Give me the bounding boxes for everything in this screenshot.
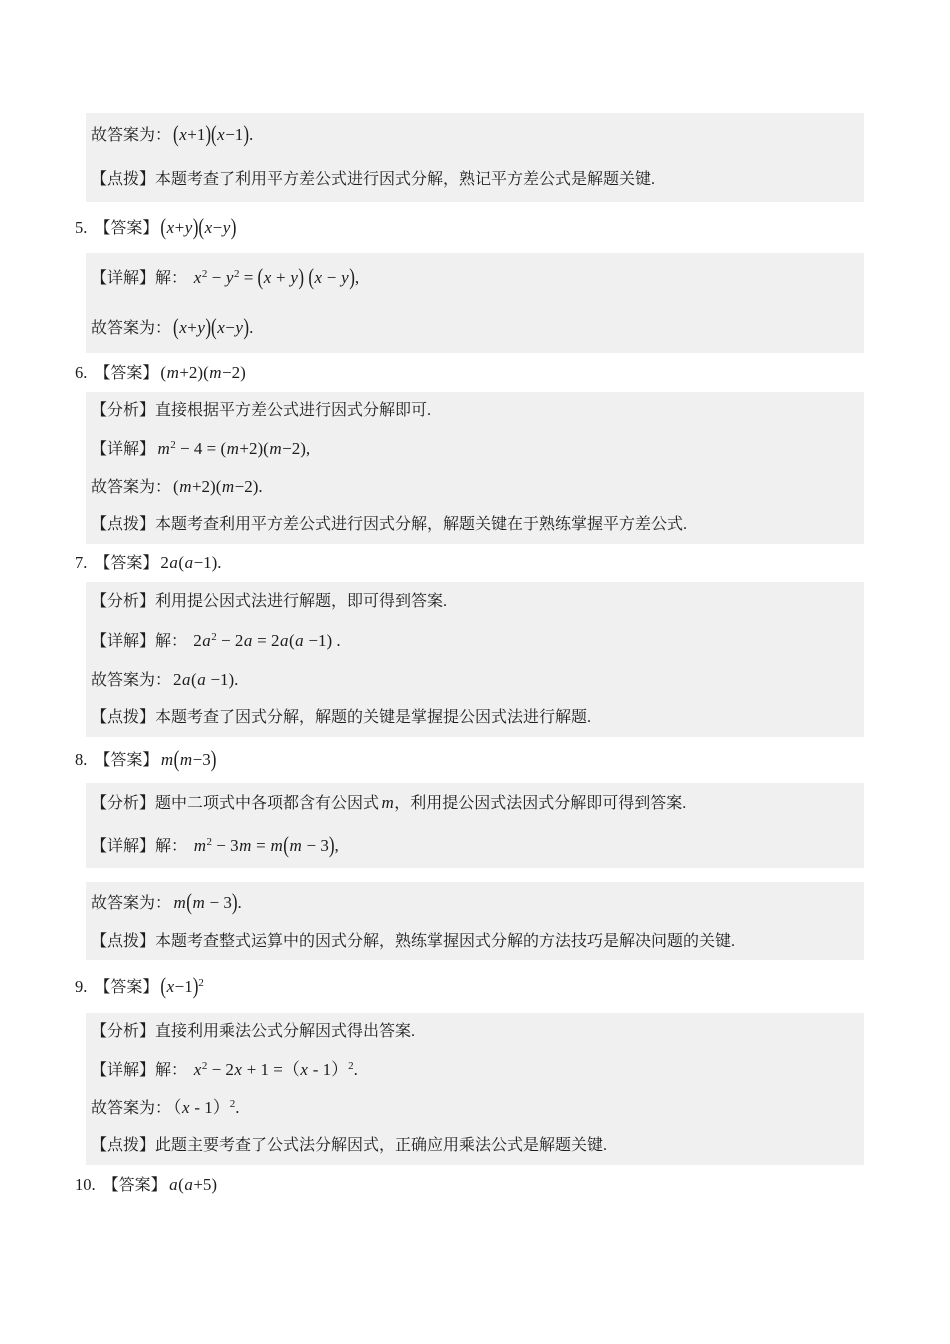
math-run: (m+2)(m−2). [173, 477, 263, 496]
text-run: 【详解】解： [91, 838, 187, 855]
document-content: 故答案为：(x+1)(x−1).【点拨】本题考查了利用平方差公式进行因式分解，熟… [0, 0, 950, 1205]
tall-paren: ) [243, 104, 249, 165]
text-run: 【答案】 [94, 752, 158, 769]
text-run: 【点拨】本题考查整式运算中的因式分解，熟练掌握因式分解的方法技巧是解决问题的关键… [91, 933, 735, 950]
question-number: 5. [75, 218, 87, 237]
question-number: 6. [75, 363, 87, 382]
tall-paren: ) [211, 728, 217, 791]
paragraph-q9-analysis: 【分析】直接利用乘法公式分解因式得出答案. [86, 1013, 864, 1051]
math-run: m(m−3) [160, 750, 216, 769]
text-run: 【分析】利用提公因式法进行解题，即可得到答案. [91, 593, 447, 610]
tall-paren: ) [298, 243, 304, 312]
text-run: ，利用提公因式法因式分解即可得到答案. [394, 795, 686, 812]
paragraph-q7-tip: 【点拨】本题考查了因式分解，解题的关键是掌握提公因式法进行解题. [86, 699, 864, 737]
tall-paren: ( [211, 293, 217, 362]
tall-paren: ( [160, 950, 166, 1023]
text-run: 【分析】直接利用乘法公式分解因式得出答案. [91, 1023, 415, 1040]
tall-paren: ( [174, 728, 180, 791]
tall-paren: ) [232, 874, 238, 932]
text-run: 【答案】 [94, 555, 158, 572]
question-number: 8. [75, 750, 87, 769]
tall-paren: ) [231, 192, 237, 262]
math-run: 2a(a −1). [173, 670, 238, 689]
text-run: 【答案】 [94, 220, 158, 237]
math-run: (x−1)2 [160, 977, 203, 996]
math-run: (x+y)(x−y) [160, 218, 236, 237]
tall-paren: ( [308, 243, 314, 312]
text-run: 故答案为： [91, 127, 171, 144]
paragraph-q10-answer: 10.【答案】a(a+5) [75, 1165, 864, 1205]
math-run: 2a2 − 2a = 2a(a −1) . [189, 631, 341, 650]
math-run: （x - 1）2. [173, 1098, 239, 1117]
question-number: 10. [75, 1175, 96, 1194]
math-run: x2 − 2x + 1 =（x - 1）2. [189, 1060, 358, 1079]
text-run: 【点拨】本题考查了利用平方差公式进行因式分解，熟记平方差公式是解题关键. [91, 171, 655, 188]
paragraph-q9-conclusion: 故答案为：（x - 1）2. [86, 1089, 864, 1127]
math-run: m [381, 793, 394, 812]
text-run: 【答案】 [94, 979, 158, 996]
text-run: 故答案为： [91, 479, 171, 496]
tall-paren: ( [283, 814, 289, 876]
paragraph-q6-conclusion: 故答案为：(m+2)(m−2). [86, 468, 864, 506]
text-run: 【分析】直接根据平方差公式进行因式分解即可. [91, 402, 431, 419]
math-run: (m+2)(m−2) [160, 363, 245, 382]
paragraph-q6-tip: 【点拨】本题考查利用平方差公式进行因式分解，解题关键在于熟练掌握平方差公式. [86, 506, 864, 544]
math-run: x2 − y2 = (x + y) (x − y), [189, 268, 359, 287]
paragraph-q5-answer: 5.【答案】(x+y)(x−y) [75, 202, 864, 253]
text-run: 【详解】解： [91, 1062, 187, 1079]
text-run: 【详解】解： [91, 270, 187, 287]
tall-paren: ( [186, 874, 192, 932]
paragraph-q7-conclusion: 故答案为：2a(a −1). [86, 660, 864, 699]
tall-paren: ) [243, 293, 249, 362]
question-number: 9. [75, 977, 87, 996]
tall-paren: ( [173, 293, 179, 362]
math-run: m(m − 3). [173, 893, 242, 912]
text-run: 【点拨】此题主要考查了公式法分解因式，正确应用乘法公式是解题关键. [91, 1137, 607, 1154]
paragraph-q8-tip: 【点拨】本题考查整式运算中的因式分解，熟练掌握因式分解的方法技巧是解决问题的关键… [86, 924, 864, 960]
text-run: 【点拨】本题考查利用平方差公式进行因式分解，解题关键在于熟练掌握平方差公式. [91, 516, 687, 533]
paragraph-q9-tip: 【点拨】此题主要考查了公式法分解因式，正确应用乘法公式是解题关键. [86, 1127, 864, 1165]
paragraph-q5-conclusion: 故答案为：(x+y)(x−y). [86, 303, 864, 353]
math-run: a(a+5) [169, 1175, 217, 1194]
tall-paren: ( [198, 192, 204, 262]
tall-paren: ( [258, 243, 264, 312]
text-run: 故答案为： [91, 895, 171, 912]
math-run: (x+1)(x−1). [173, 125, 253, 144]
paragraph-q8-detail: 【详解】解： m2 − 3m = m(m − 3), [86, 823, 864, 868]
text-run: 故答案为： [91, 1100, 171, 1117]
paragraph-q8-answer: 8.【答案】m(m−3) [75, 737, 864, 783]
tall-paren: ( [211, 104, 217, 165]
text-run: 【详解】解： [91, 633, 187, 650]
math-run: 2a(a−1). [160, 553, 221, 572]
question-number: 7. [75, 553, 87, 572]
paragraph-q7-detail: 【详解】解： 2a2 − 2a = 2a(a −1) . [86, 621, 864, 660]
paragraph-q6-detail: 【详解】m2 − 4 = (m+2)(m−2), [86, 430, 864, 468]
text-run: 【答案】 [94, 365, 158, 382]
paragraph-q9-answer: 9.【答案】(x−1)2 [75, 960, 864, 1013]
paragraph-q6-analysis: 【分析】直接根据平方差公式进行因式分解即可. [86, 392, 864, 430]
paragraph-q8-conclusion: 故答案为：m(m − 3). [86, 882, 864, 924]
tall-paren: ) [193, 950, 199, 1023]
tall-paren: ) [349, 243, 355, 312]
paragraph-q4-conclusion: 故答案为：(x+1)(x−1). [86, 113, 864, 157]
tall-paren: ( [160, 192, 166, 262]
math-run: m2 − 4 = (m+2)(m−2), [157, 439, 310, 458]
math-run: m2 − 3m = m(m − 3), [189, 836, 339, 855]
text-run: 故答案为： [91, 320, 171, 337]
text-run: 【点拨】本题考查了因式分解，解题的关键是掌握提公因式法进行解题. [91, 709, 591, 726]
paragraph-q9-detail: 【详解】解： x2 − 2x + 1 =（x - 1）2. [86, 1051, 864, 1089]
text-run: 【答案】 [103, 1177, 167, 1194]
paragraph-q7-answer: 7.【答案】2a(a−1). [75, 544, 864, 582]
document-page: 故答案为：(x+1)(x−1).【点拨】本题考查了利用平方差公式进行因式分解，熟… [0, 0, 950, 1344]
text-run: 故答案为： [91, 672, 171, 689]
text-run: 【详解】 [91, 441, 155, 458]
paragraph-q6-answer: 6.【答案】(m+2)(m−2) [75, 353, 864, 392]
paragraph-q7-analysis: 【分析】利用提公因式法进行解题，即可得到答案. [86, 582, 864, 621]
tall-paren: ) [329, 814, 335, 876]
paragraph-q8-analysis: 【分析】题中二项式中各项都含有公因式m，利用提公因式法因式分解即可得到答案. [86, 783, 864, 823]
math-run: (x+y)(x−y). [173, 318, 253, 337]
tall-paren: ( [173, 104, 179, 165]
text-run: 【分析】题中二项式中各项都含有公因式 [91, 795, 379, 812]
